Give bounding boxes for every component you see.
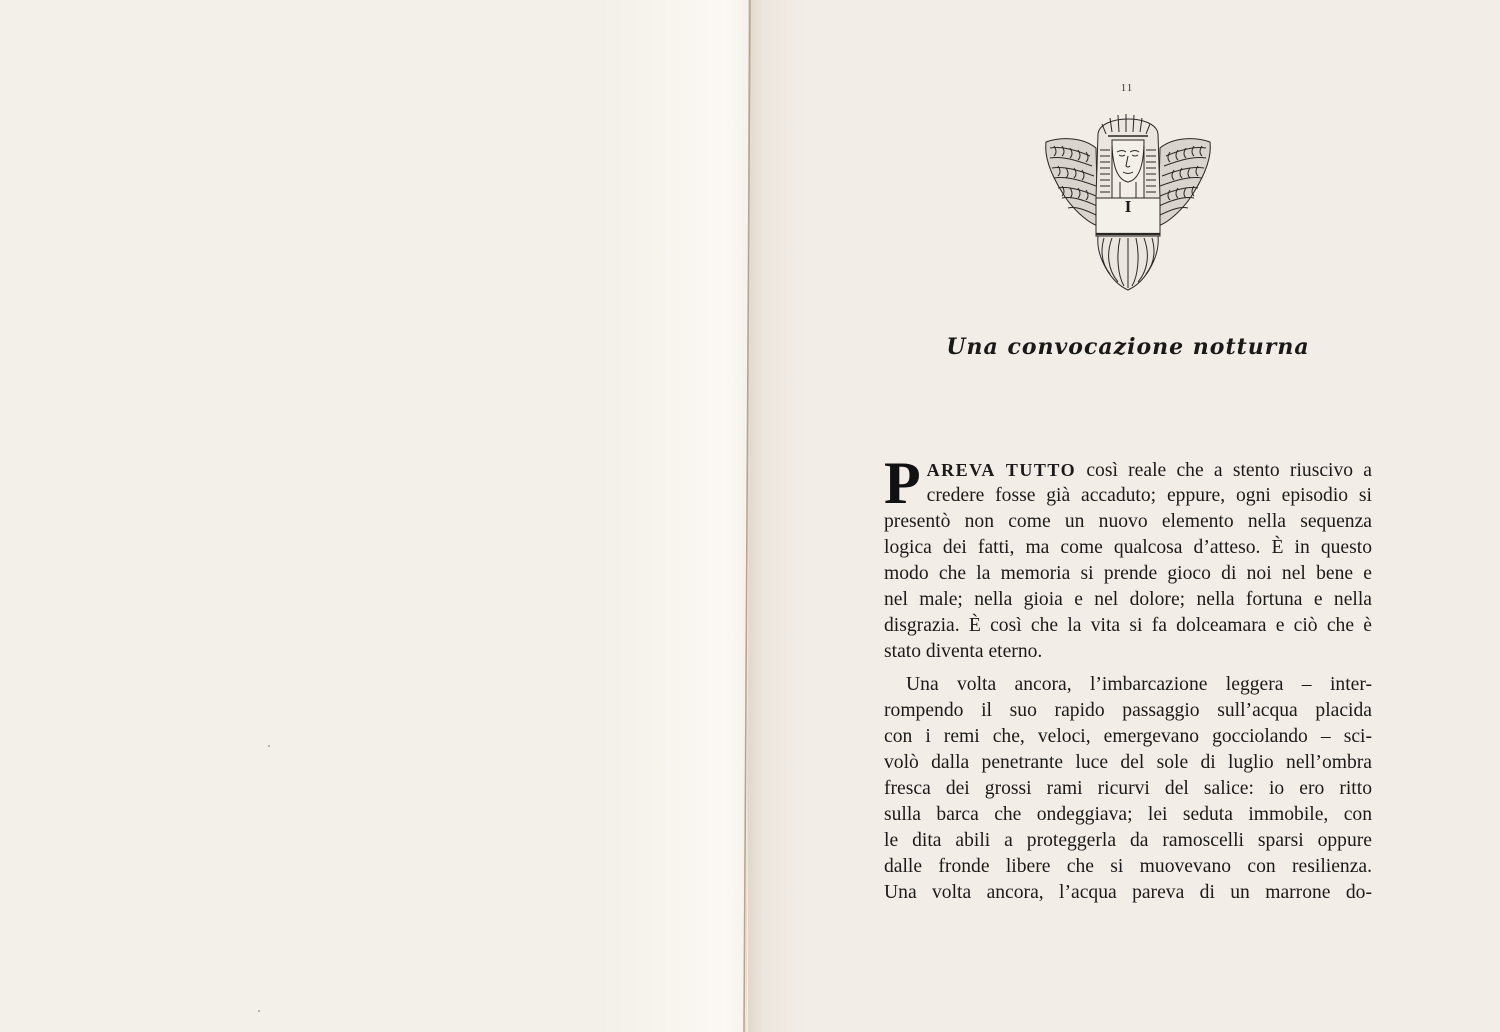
chapter-body: P AREVA TUTTO così reale che a stento ri… bbox=[884, 457, 1372, 906]
palmette-fan bbox=[1098, 236, 1158, 290]
paper-speck bbox=[258, 1010, 260, 1012]
text-line: AREVA TUTTO così reale che a stento rius… bbox=[884, 457, 1372, 483]
text-line: modo che la memoria si prende gioco di n… bbox=[884, 561, 1372, 587]
text-line: Una volta ancora, l’imbarcazione leggera… bbox=[884, 672, 1372, 698]
sphinx-face bbox=[1112, 140, 1144, 182]
text-line: dalle fronde libere che si muovevano con… bbox=[884, 854, 1372, 880]
text-line: volò dalla penetrante luce del sole di l… bbox=[884, 750, 1372, 776]
paragraph-1: P AREVA TUTTO così reale che a stento ri… bbox=[884, 457, 1372, 665]
left-page-blank bbox=[0, 0, 748, 1032]
chapter-title: Una convocazione notturna bbox=[900, 334, 1356, 360]
text-line: nel male; nella gioia e nel dolore; nell… bbox=[884, 587, 1372, 613]
text-line: stato diventa eterno. bbox=[884, 639, 1372, 665]
text-line: rompendo il suo rapido passaggio sull’ac… bbox=[884, 698, 1372, 724]
text-line: sulla barca che ondeggiava; lei seduta i… bbox=[884, 802, 1372, 828]
text-line: disgrazia. È così che la vita si fa dolc… bbox=[884, 613, 1372, 639]
text-line: presentò non come un nuovo elemento nell… bbox=[884, 509, 1372, 535]
page-number: 11 bbox=[1112, 82, 1142, 94]
book-spread: 11 bbox=[0, 0, 1500, 1032]
drop-cap: P bbox=[884, 460, 921, 508]
paragraph-gap bbox=[884, 665, 1372, 672]
text-line: credere fosse già accaduto; eppure, ogni… bbox=[884, 483, 1372, 509]
text-line: logica dei fatti, ma come qualcosa d’att… bbox=[884, 535, 1372, 561]
text-line: Una volta ancora, l’acqua pareva di un m… bbox=[884, 880, 1372, 906]
text-line: fresca dei grossi rami ricurvi del salic… bbox=[884, 776, 1372, 802]
text-line: le dita abili a proteggerla da ramoscell… bbox=[884, 828, 1372, 854]
smallcaps-lead: AREVA TUTTO bbox=[927, 460, 1076, 480]
text-line: con i remi che, veloci, emergevano gocci… bbox=[884, 724, 1372, 750]
chapter-numeral: I bbox=[1040, 197, 1216, 217]
paragraph-2: Una volta ancora, l’imbarcazione leggera… bbox=[884, 672, 1372, 906]
paper-speck bbox=[268, 745, 270, 747]
